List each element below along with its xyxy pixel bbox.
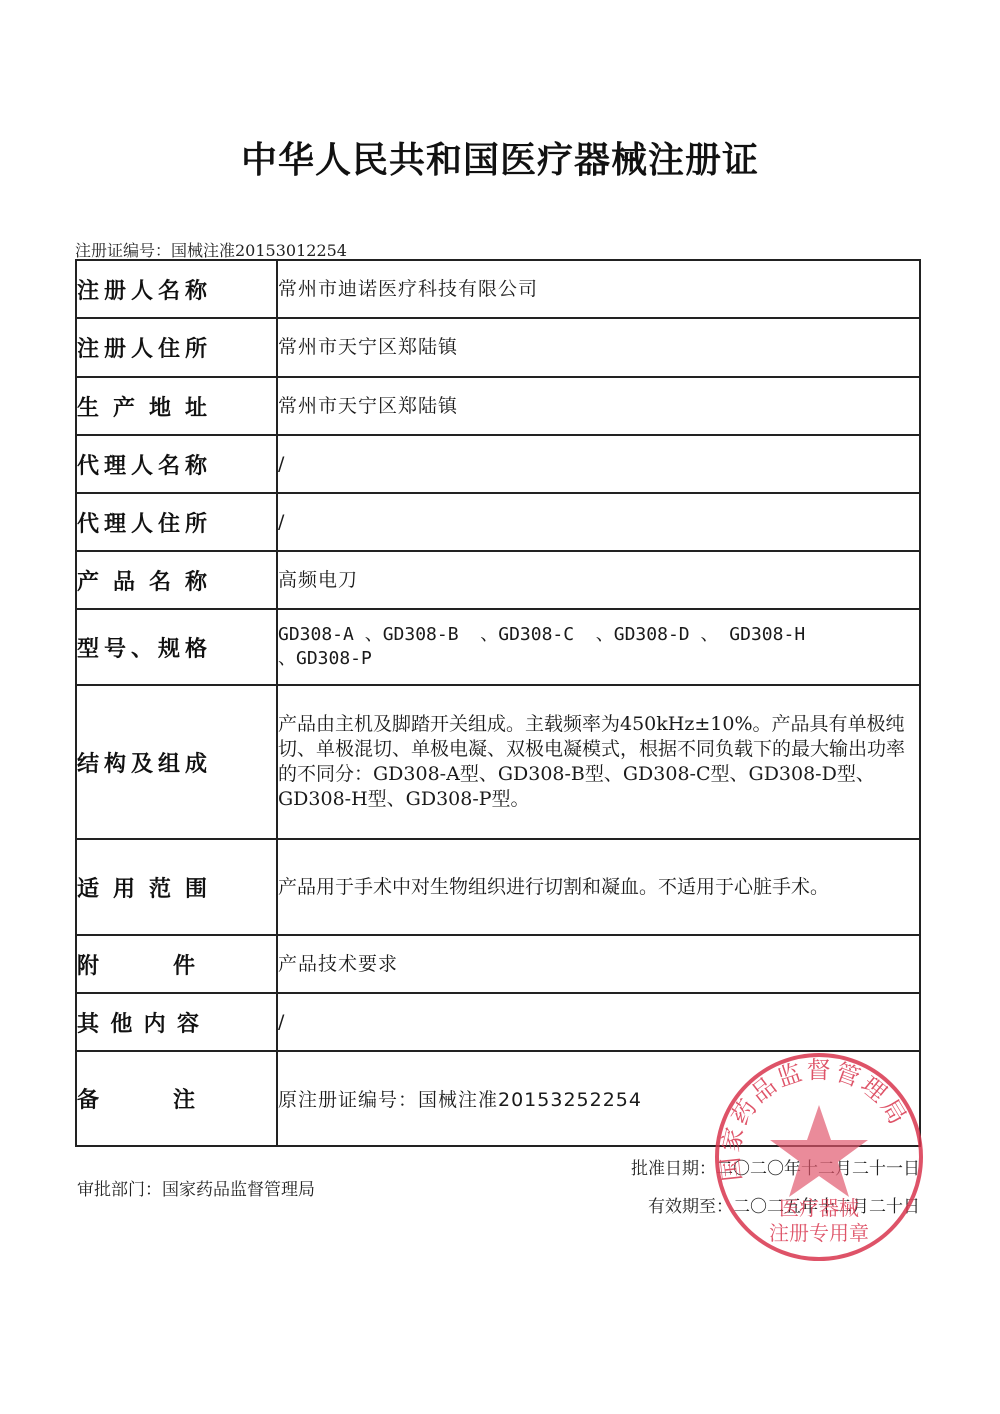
label-model-spec: 型号、规格 (77, 632, 207, 663)
seal-inner-line2: 注册专用章 (769, 1221, 869, 1245)
value-registrant-address: 常州市天宁区郑陆镇 (277, 318, 920, 377)
value-attachment: 产品技术要求 (277, 935, 920, 993)
row-label: 产品名称 (76, 551, 277, 609)
label-structure: 结构及组成 (77, 747, 207, 778)
table-row-model-spec: 型号、规格 GD308-A 、GD308-B 、GD308-C 、GD308-D… (76, 609, 920, 685)
value-structure: 产品由主机及脚踏开关组成。主载频率为450kHz±10%。产品具有单极纯切、单极… (277, 685, 920, 839)
label-production-address: 生产地址 (77, 391, 207, 422)
value-scope: 产品用于手术中对生物组织进行切割和凝血。不适用于心脏手术。 (277, 839, 920, 935)
value-model-spec: GD308-A 、GD308-B 、GD308-C 、GD308-D 、 GD3… (277, 609, 920, 685)
label-agent-name: 代理人名称 (77, 449, 207, 480)
value-registrant-name: 常州市迪诺医疗科技有限公司 (277, 260, 920, 318)
table-row-agent-address: 代理人住所 / (76, 493, 920, 551)
approval-department: 审批部门：国家药品监督管理局 (77, 1175, 315, 1200)
row-label: 型号、规格 (76, 609, 277, 685)
official-seal-icon: 国家药品监督管理局 医疗器械 注册专用章 (712, 1050, 926, 1264)
value-agent-address: / (277, 493, 920, 551)
value-agent-name: / (277, 435, 920, 493)
table-row-other: 其他内容 / (76, 993, 920, 1051)
table-row-attachment: 附件 产品技术要求 (76, 935, 920, 993)
value-production-address: 常州市天宁区郑陆镇 (277, 377, 920, 435)
table-row-agent-name: 代理人名称 / (76, 435, 920, 493)
label-attachment: 附件 (77, 949, 195, 980)
table-row-production-address: 生产地址 常州市天宁区郑陆镇 (76, 377, 920, 435)
model-list: GD308-A 、GD308-B 、GD308-C 、GD308-D 、 GD3… (278, 623, 919, 671)
table-row-product-name: 产品名称 高频电刀 (76, 551, 920, 609)
row-label: 注册人名称 (76, 260, 277, 318)
document-title: 中华人民共和国医疗器械注册证 (0, 132, 1000, 183)
row-label: 备注 (76, 1051, 277, 1146)
label-remarks: 备注 (77, 1083, 195, 1114)
label-registrant-name: 注册人名称 (77, 274, 207, 305)
certificate-number: 注册证编号：国械注准20153012254 (75, 238, 347, 261)
row-label: 适用范围 (76, 839, 277, 935)
row-label: 其他内容 (76, 993, 277, 1051)
row-label: 注册人住所 (76, 318, 277, 377)
row-label: 生产地址 (76, 377, 277, 435)
table-row-registrant-name: 注册人名称 常州市迪诺医疗科技有限公司 (76, 260, 920, 318)
row-label: 代理人住所 (76, 493, 277, 551)
row-label: 附件 (76, 935, 277, 993)
value-product-name: 高频电刀 (277, 551, 920, 609)
label-agent-address: 代理人住所 (77, 507, 207, 538)
value-other: / (277, 993, 920, 1051)
table-row-registrant-address: 注册人住所 常州市天宁区郑陆镇 (76, 318, 920, 377)
label-other: 其他内容 (77, 1007, 199, 1038)
table-row-scope: 适用范围 产品用于手术中对生物组织进行切割和凝血。不适用于心脏手术。 (76, 839, 920, 935)
label-product-name: 产品名称 (77, 565, 207, 596)
registration-table: 注册人名称 常州市迪诺医疗科技有限公司 注册人住所 常州市天宁区郑陆镇 生产地址… (75, 259, 921, 1147)
label-scope: 适用范围 (77, 872, 207, 903)
row-label: 结构及组成 (76, 685, 277, 839)
row-label: 代理人名称 (76, 435, 277, 493)
table-row-structure: 结构及组成 产品由主机及脚踏开关组成。主载频率为450kHz±10%。产品具有单… (76, 685, 920, 839)
label-registrant-address: 注册人住所 (77, 332, 207, 363)
seal-inner-line1: 医疗器械 (779, 1196, 859, 1220)
